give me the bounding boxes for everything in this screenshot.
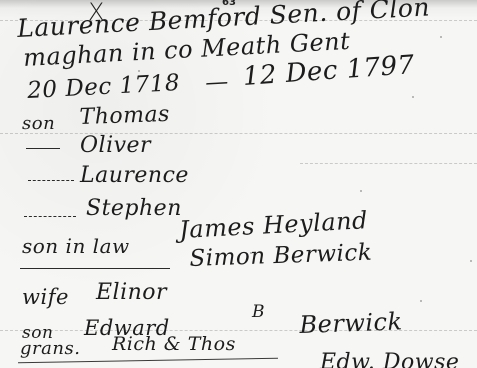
spouse-name: Elinor (96, 280, 167, 305)
scan-speck (470, 260, 472, 262)
date-separator: — (205, 69, 230, 96)
ruled-line (0, 330, 477, 331)
scan-speck (412, 96, 414, 98)
scan-speck (360, 190, 362, 192)
grandchildren-names: Rich & Thos (112, 333, 236, 355)
child-name: Oliver (80, 133, 151, 158)
scan-speck (420, 300, 422, 302)
ditto-dash (20, 268, 170, 269)
child-name: Stephen (86, 196, 182, 221)
ruled-line (300, 163, 477, 164)
child-name: Thomas (79, 102, 170, 130)
ruled-line (0, 133, 477, 134)
scan-speck (138, 70, 140, 72)
initial-superscript: B (252, 302, 265, 322)
scanned-document-page: 63 X Laurence Bemford Sen. of Clon magha… (0, 0, 477, 368)
ditto-dash (26, 148, 60, 149)
scan-speck (250, 252, 252, 254)
partial-bottom-line: Edw. Dowse (320, 350, 459, 368)
grandchild-surname: Berwick (299, 307, 403, 339)
relation-label: wife (22, 285, 69, 309)
relation-label: grans. (20, 338, 80, 359)
relation-label: son (22, 113, 55, 134)
scan-speck (440, 36, 442, 38)
relation-label: son in law (22, 234, 130, 258)
child-name: Laurence (80, 163, 189, 188)
birth-date: 20 Dec 1718 (27, 70, 181, 104)
ditto-dash (24, 216, 76, 217)
ditto-dash (28, 180, 74, 181)
in-law-name: James Heyland (179, 206, 369, 244)
in-law-name: Simon Berwick (189, 240, 373, 272)
